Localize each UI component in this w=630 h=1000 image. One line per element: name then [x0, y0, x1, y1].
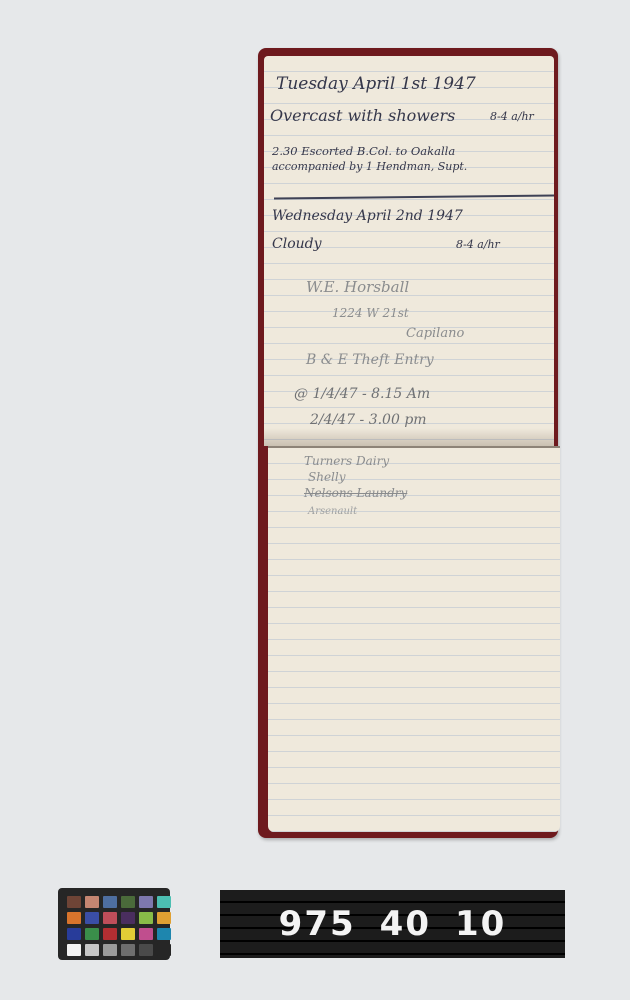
color-swatch	[67, 896, 81, 908]
color-swatch	[157, 944, 171, 956]
accession-number-part-1: 975	[279, 904, 356, 944]
color-swatch	[157, 896, 171, 908]
color-swatch	[67, 928, 81, 940]
entry-1-weather: Overcast with showers	[270, 106, 455, 125]
accession-number-board: 975 40 10	[220, 890, 565, 958]
pencil-note-time-1: @ 1/4/47 - 8.15 Am	[294, 386, 430, 402]
entry-2-weather: Cloudy	[272, 236, 322, 252]
pencil-note-offence: B & E Theft Entry	[306, 352, 434, 368]
color-swatch	[121, 896, 135, 908]
page-fold-shadow	[264, 428, 554, 446]
entry-2-hours: 8-4 a/hr	[456, 238, 500, 251]
color-swatch	[85, 928, 99, 940]
pencil-note-time-2: 2/4/47 - 3.00 pm	[310, 412, 427, 428]
accession-number-part-3: 10	[455, 904, 506, 944]
color-swatch	[103, 912, 117, 924]
entry-1-heading: Tuesday April 1st 1947	[276, 74, 476, 94]
color-swatch	[103, 896, 117, 908]
entry-1-note-line-1: 2.30 Escorted B.Col. to Oakalla	[272, 144, 455, 158]
color-swatch	[139, 912, 153, 924]
color-swatch	[85, 944, 99, 956]
color-swatch	[85, 912, 99, 924]
color-swatch	[139, 944, 153, 956]
entry-1-note-line-2: accompanied by 1 Hendman, Supt.	[272, 160, 467, 173]
pencil-note-place: Capilano	[406, 326, 464, 341]
color-swatch	[121, 912, 135, 924]
color-swatch	[103, 944, 117, 956]
notebook-page-top: Tuesday April 1st 1947 Overcast with sho…	[264, 56, 554, 446]
color-swatch	[157, 928, 171, 940]
entry-divider-line	[274, 195, 554, 200]
bottom-note-line-3: Nelsons Laundry	[304, 486, 407, 500]
accession-number-part-2: 40	[380, 904, 431, 944]
color-swatch	[67, 944, 81, 956]
notebook: Tuesday April 1st 1947 Overcast with sho…	[258, 48, 564, 840]
color-swatch	[103, 928, 117, 940]
color-calibration-target	[58, 888, 170, 960]
color-swatch	[139, 928, 153, 940]
color-swatch	[121, 928, 135, 940]
color-swatch	[157, 912, 171, 924]
color-swatch	[67, 912, 81, 924]
color-swatch	[85, 896, 99, 908]
color-swatch	[139, 896, 153, 908]
bottom-note-line-2: Shelly	[308, 470, 346, 484]
color-swatch	[121, 944, 135, 956]
bottom-note-line-1: Turners Dairy	[304, 454, 389, 468]
pencil-note-address: 1224 W 21st	[332, 306, 409, 320]
bottom-note-line-4: Arsenault	[308, 506, 357, 517]
entry-2-heading: Wednesday April 2nd 1947	[272, 208, 463, 224]
notebook-page-bottom: Turners Dairy Shelly Nelsons Laundry Ars…	[268, 446, 560, 832]
pencil-note-name: W.E. Horsball	[306, 278, 409, 296]
entry-1-hours: 8-4 a/hr	[490, 110, 534, 123]
